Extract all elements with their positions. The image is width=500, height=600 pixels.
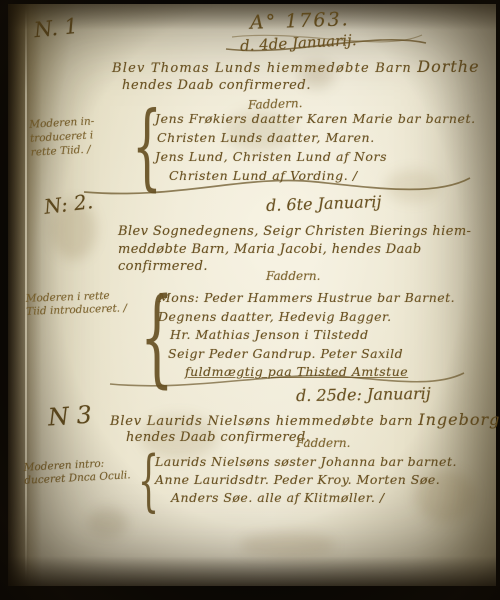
entry-1-godparents-list: Jens Frøkiers daatter Karen Marie bar ba… <box>155 109 476 185</box>
godparent-line: Seigr Peder Gandrup. Peter Saxild <box>168 345 455 364</box>
godparent-line: Mons: Peder Hammers Hustrue bar Barnet. <box>158 289 455 308</box>
entry-3-body-line-1: Blev Laurids Nielsøns hiemmedøbte barn I… <box>110 410 500 429</box>
entry-2-margin-note: Moderen i rette Tiid introduceret. / <box>26 289 128 318</box>
entry-1-body-line-2: hendes Daab confirmered. <box>122 78 311 93</box>
entry-3-godparents-list: Laurids Nielsøns søster Johanna bar barn… <box>155 453 457 507</box>
godparent-line: fuldmægtig paa Thisted Amtstue <box>185 363 455 382</box>
manuscript-photo: N. 1 A° 1763. d. 4de Januarij. Blev Thom… <box>0 0 500 600</box>
entry-3-date: d. 25de: Januarij <box>296 384 431 405</box>
entry-3-godparents-label: Faddern. <box>296 436 350 450</box>
entry-1-body-text: Blev Thomas Lunds hiemmedøbte Barn <box>112 61 417 76</box>
entry-2-body-line-2: meddøbte Barn, Maria Jacobi, hendes Daab <box>118 241 471 259</box>
godparent-line: Degnens daatter, Hedevig Bagger. <box>158 308 455 327</box>
entry-3-body-text: Blev Laurids Nielsøns hiemmedøbte barn <box>110 414 418 429</box>
entry-3-number: N 3 <box>47 401 93 432</box>
entry-2-date: d. 6te Januarij <box>266 192 382 215</box>
entry-3-margin-note: Moderen intro: duceret Dnca Oculi. <box>23 456 131 488</box>
entry-2-body-line-1: Blev Sognedegnens, Seigr Christen Bierin… <box>118 223 471 241</box>
godparent-line: Anders Søe. alle af Klitmøller. / <box>171 489 457 507</box>
entry-1-margin-note: Moderen in- troduceret i rette Tiid. / <box>29 114 96 159</box>
godparent-line: Anne Lauridsdtr. Peder Kroy. Morten Søe. <box>155 471 457 489</box>
bottom-shadow <box>8 556 496 586</box>
entry-1-body-line-1: Blev Thomas Lunds hiemmedøbte Barn Dorth… <box>112 57 480 76</box>
entry-2-godparents-list: Mons: Peder Hammers Hustrue bar Barnet. … <box>158 289 455 382</box>
godparent-line: Hr. Mathias Jenson i Tilstedd <box>170 326 455 345</box>
godparent-line: Jens Lund, Christen Lund af Nors <box>155 147 476 166</box>
godparent-line: Christen Lund af Vording. / <box>169 166 476 185</box>
entry-2-body: Blev Sognedegnens, Seigr Christen Bierin… <box>118 223 471 276</box>
entry-1-number: N. 1 <box>33 14 79 42</box>
entry-3-child-name: Ingeborg, <box>418 410 500 429</box>
entry-2-godparents-label: Faddern. <box>266 269 320 283</box>
godparent-line: Laurids Nielsøns søster Johanna bar barn… <box>155 453 457 471</box>
godparent-line: Christen Lunds daatter, Maren. <box>157 128 476 147</box>
year-heading: A° 1763. <box>250 8 350 33</box>
entry-1-child-name: Dorthe <box>417 57 479 76</box>
godparent-line: Jens Frøkiers daatter Karen Marie bar ba… <box>155 109 476 128</box>
